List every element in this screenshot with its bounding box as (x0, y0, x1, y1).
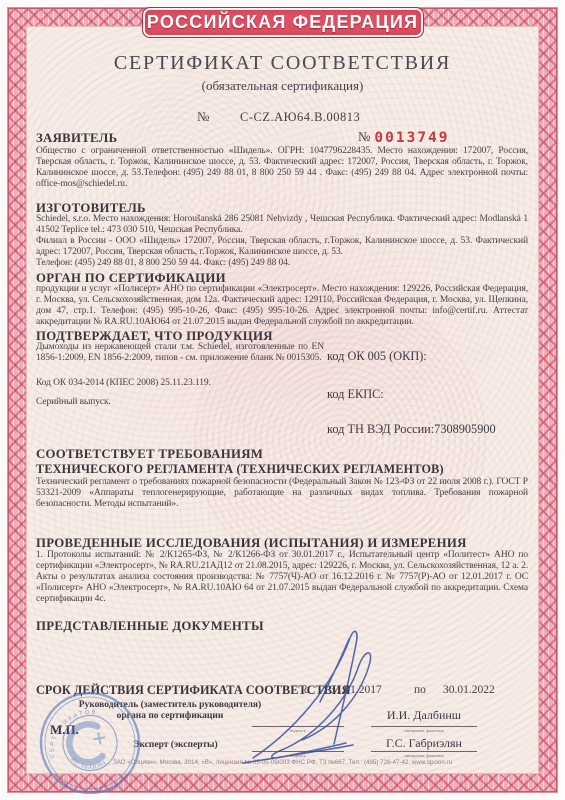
validity-from-date: 31.01.2017 (330, 684, 382, 696)
validity-from-label: с (304, 684, 309, 696)
expert-name: Г.С. Габриэлян (371, 736, 477, 751)
certificate-subtitle: (обязательная сертификация) (0, 78, 565, 94)
requirements-body: Технический регламент о требованиях пожа… (36, 477, 528, 510)
manufacturer-paragraph: Филиал в России - ООО «Шидель» 172007, Р… (36, 236, 528, 258)
certificate-page: РОССИЙСКАЯ ФЕДЕРАЦИЯ СЕРТИФИКАТ СООТВЕТС… (0, 0, 565, 800)
round-stamp: СЕРТИФИКАТОВ RU.10АЮ64 (34, 690, 146, 796)
cert-number-value: С-CZ.АЮ64.В.00813 (240, 110, 360, 125)
applicant-body: Общество с ограниченной ответственностью… (36, 146, 528, 190)
blank-serial-number: № 0013749 (358, 128, 450, 146)
expert-name-line (371, 751, 477, 752)
tests-heading: ПРОВЕДЕННЫЕ ИССЛЕДОВАНИЯ (ИСПЫТАНИЯ) И И… (36, 536, 467, 551)
signature-caption: подпись (252, 728, 344, 733)
manufacturer-paragraph: Schiedel, s.r.o. Место нахождения: Horou… (36, 214, 528, 236)
stamp-cross-icon (92, 731, 106, 745)
requirements-subheading: ТЕХНИЧЕСКОГО РЕГЛАМЕНТА (ТЕХНИЧЕСКИХ РЕГ… (36, 462, 444, 477)
tests-body: 1. Протоколы испытаний: № 2/К1265-ФЗ, № … (36, 550, 528, 605)
name-caption: инициалы, фамилия (371, 753, 477, 758)
serial-label: № (358, 129, 370, 144)
country-banner-text: РОССИЙСКАЯ ФЕДЕРАЦИЯ (147, 12, 418, 33)
manufacturer-paragraph: Телефон: (495) 249 88 01, 8 800 250 59 4… (36, 258, 528, 269)
name-caption: инициалы, фамилия (371, 728, 477, 733)
product-serial-issue: Серийный выпуск. (36, 397, 324, 408)
printer-imprint: ЗАО «Опцион», Москва, 2014, «В», лицензи… (95, 759, 470, 766)
documents-heading: ПРЕДСТАВЛЕННЫЕ ДОКУМЕНТЫ (36, 619, 264, 634)
product-code-line: Код ОК 034-2014 (КПЕС 2008) 25.11.23.119… (36, 378, 324, 389)
code-ekps-label: код ЕКПС: (327, 387, 384, 402)
certificate-title: СЕРТИФИКАТ СООТВЕТСТВИЯ (0, 52, 565, 75)
signature-caption: подпись (252, 753, 344, 758)
validity-to-label: по (414, 684, 426, 696)
certification-body-text: продукции и услуг «Полисерт» АНО по серт… (36, 284, 528, 328)
expert-signature-line (252, 751, 344, 752)
head-name: И.И. Далбинш (371, 708, 477, 723)
code-okp-label: код ОК 005 (ОКП): (327, 349, 427, 364)
validity-to-date: 30.01.2022 (443, 684, 495, 696)
cert-number-label: № (197, 109, 209, 125)
head-name-line (371, 726, 477, 727)
requirements-heading: СООТВЕТСТВУЕТ ТРЕБОВАНИЯМ (36, 447, 263, 462)
applicant-heading: ЗАЯВИТЕЛЬ (36, 131, 117, 146)
head-signature-line (252, 726, 344, 727)
product-description: Дымоходы из нержавеющей стали т.м. Schie… (36, 342, 324, 364)
manufacturer-body: Schiedel, s.r.o. Место нахождения: Horou… (36, 214, 528, 269)
code-tnved-label: код ТН ВЭД России:7308905900 (327, 422, 496, 437)
country-banner: РОССИЙСКАЯ ФЕДЕРАЦИЯ (142, 7, 424, 38)
serial-digits: 0013749 (374, 130, 449, 146)
